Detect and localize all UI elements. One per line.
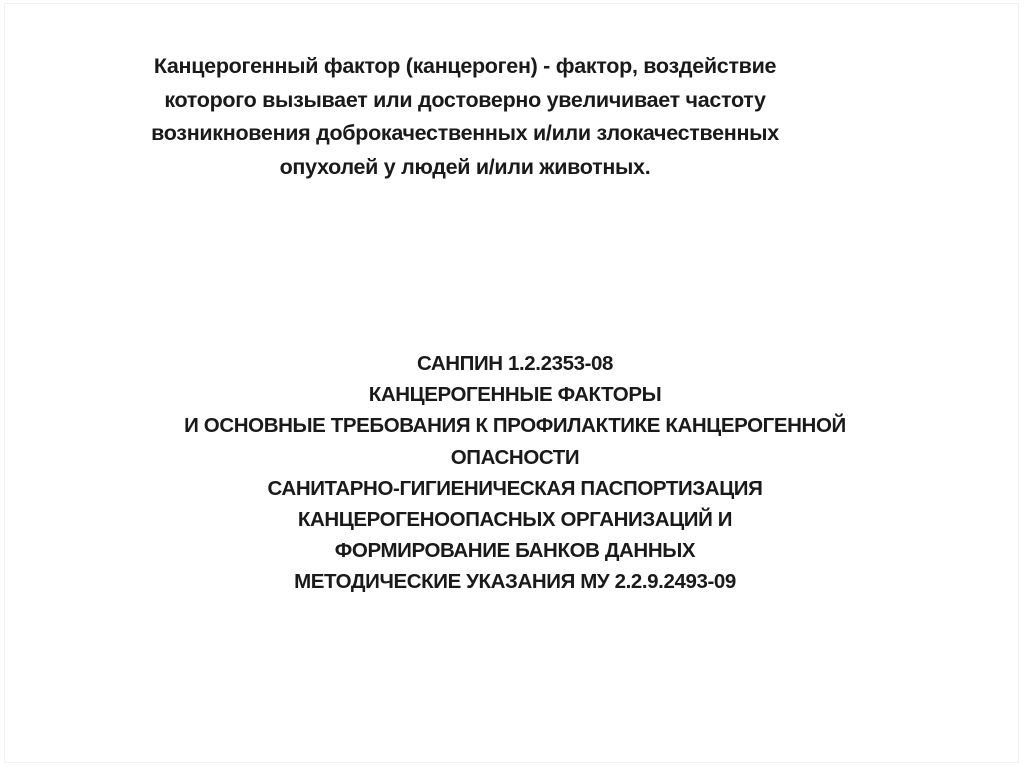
carcinogen-definition: Канцерогенный фактор (канцероген) - факт…	[75, 50, 855, 184]
mu-title: МЕТОДИЧЕСКИЕ УКАЗАНИЯ МУ 2.2.9.2493-09	[125, 566, 905, 597]
mu-subtitle-2: КАНЦЕРОГЕНООПАСНЫХ ОРГАНИЗАЦИЙ И	[125, 504, 905, 535]
sanpin-subtitle-2: И ОСНОВНЫЕ ТРЕБОВАНИЯ К ПРОФИЛАКТИКЕ КАН…	[125, 410, 905, 441]
mu-subtitle-1: САНИТАРНО-ГИГИЕНИЧЕСКАЯ ПАСПОРТИЗАЦИЯ	[125, 473, 905, 504]
definition-line: которого вызывает или достоверно увеличи…	[75, 84, 855, 118]
definition-line: Канцерогенный фактор (канцероген) - факт…	[75, 50, 855, 84]
sanpin-subtitle-3: ОПАСНОСТИ	[125, 442, 905, 473]
definition-line: опухолей у людей и/или животных.	[75, 151, 855, 185]
regulatory-documents-list: САНПИН 1.2.2353-08 КАНЦЕРОГЕННЫЕ ФАКТОРЫ…	[125, 348, 905, 598]
sanpin-title: САНПИН 1.2.2353-08	[125, 348, 905, 379]
mu-subtitle-3: ФОРМИРОВАНИЕ БАНКОВ ДАННЫХ	[125, 535, 905, 566]
sanpin-subtitle-1: КАНЦЕРОГЕННЫЕ ФАКТОРЫ	[125, 379, 905, 410]
definition-line: возникновения доброкачественных и/или зл…	[75, 117, 855, 151]
slide: Канцерогенный фактор (канцероген) - факт…	[4, 3, 1019, 763]
